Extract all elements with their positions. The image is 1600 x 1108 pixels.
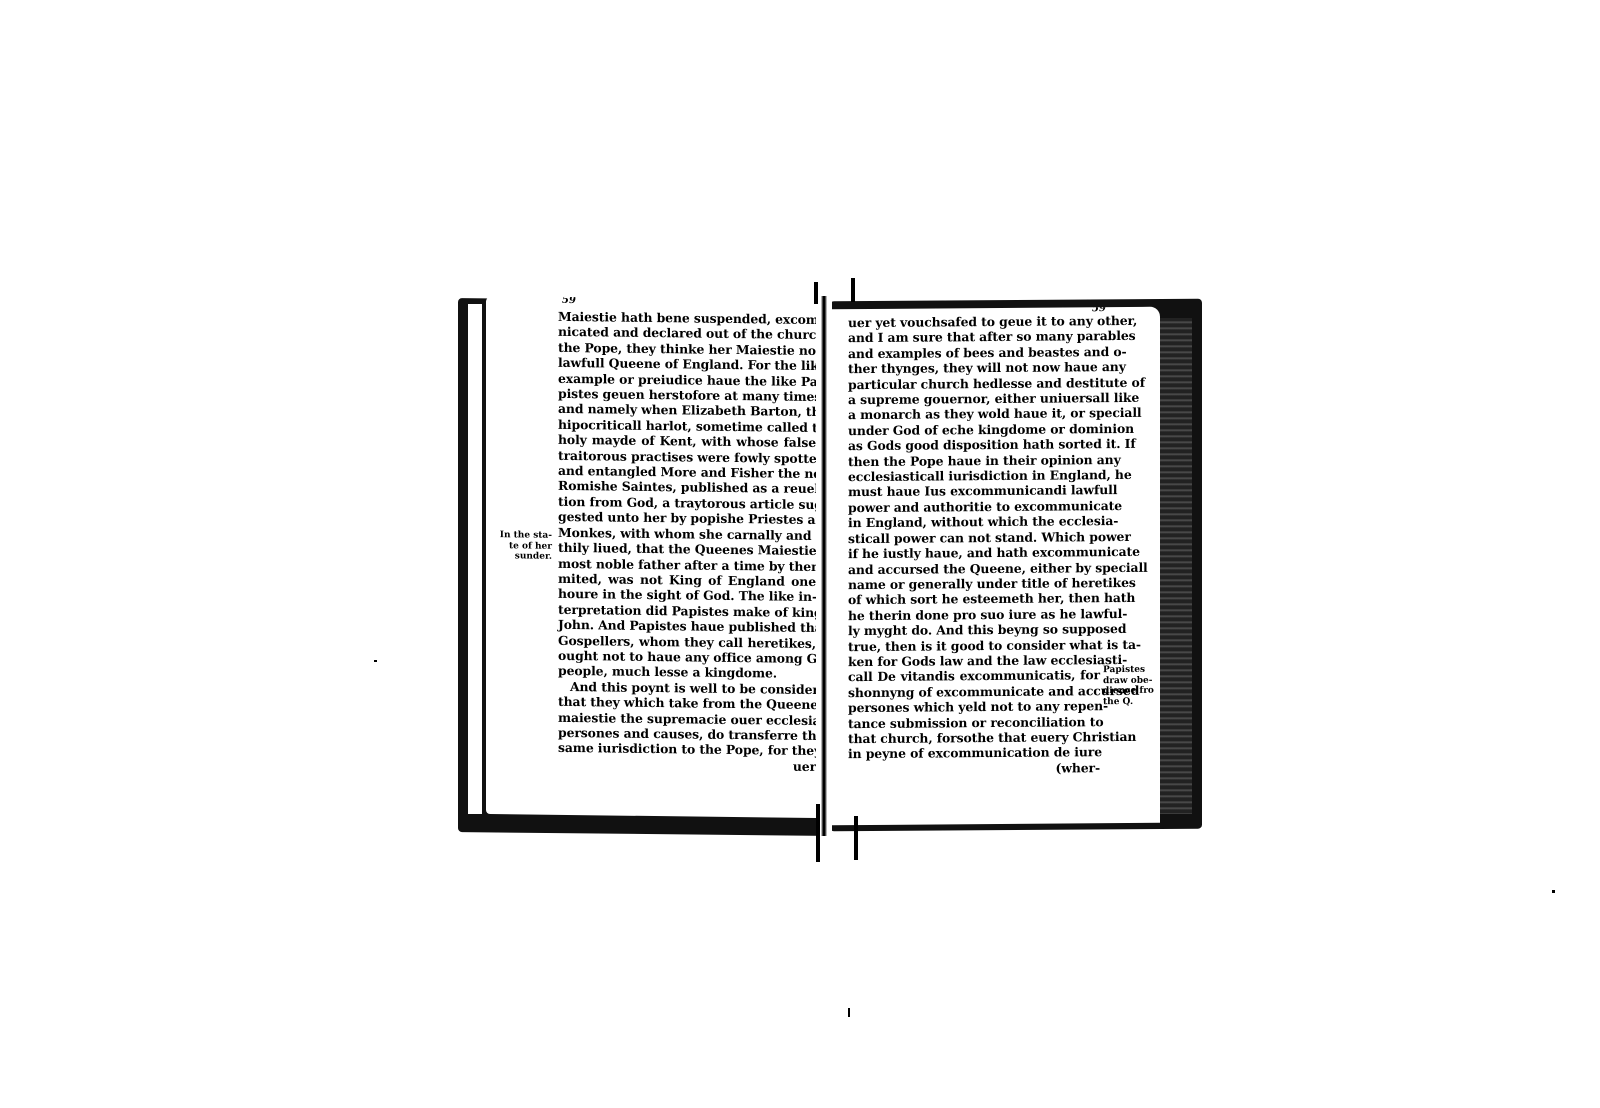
text-line: a monarch as they wold haue it, or speci… — [848, 406, 1100, 423]
text-line: as Gods good disposition hath sorted it.… — [848, 436, 1100, 453]
catchword: uer — [558, 756, 816, 775]
text-line: persones which yeld not to any repen- — [848, 698, 1100, 715]
left-marginal-note: In the sta- te of her sunder. — [486, 530, 552, 562]
text-line: must haue Ius excommunicandi lawfull — [848, 483, 1100, 500]
right-page-body: uer yet vouchsafed to geue it to any oth… — [848, 313, 1100, 777]
scan-speck — [374, 660, 377, 662]
text-line: in peyne of excommunication de iure — [848, 745, 1100, 762]
text-line: ly myght do. And this beyng so supposed — [848, 621, 1100, 638]
binding-clip-bottom-right — [854, 816, 858, 860]
right-marginal-note: Papistes draw obe- dience fro the Q. — [1103, 665, 1160, 707]
left-page-folio: 59 — [562, 296, 576, 306]
text-line: same iurisdiction to the Pope, for they … — [558, 740, 816, 759]
marginal-line: Papistes — [1103, 665, 1160, 676]
left-page-body: Maiestie hath bene suspended, excommu- n… — [558, 309, 816, 774]
binding-clip-top-right — [851, 278, 855, 302]
text-line: in England, without which the ecclesia- — [848, 513, 1100, 530]
binding-clip-top-left — [814, 282, 818, 304]
text-line: and I am sure that after so many parable… — [848, 329, 1100, 346]
book-spread: 59 In the sta- te of her sunder. Maiesti… — [458, 296, 1204, 836]
text-line: call De vitandis excommunicatis, for — [848, 668, 1100, 685]
left-page: 59 In the sta- te of her sunder. Maiesti… — [486, 296, 816, 818]
scan-speck — [1552, 890, 1555, 893]
marginal-line: dience fro — [1103, 686, 1160, 697]
catchword: (wher- — [848, 760, 1100, 777]
text-line: ther thynges, they will not now haue any — [848, 359, 1100, 376]
marginal-line: In the sta- — [486, 530, 552, 541]
marginal-line: the Q. — [1103, 696, 1160, 707]
text-line: and accursed the Queene, either by speci… — [848, 560, 1100, 577]
right-page: 59 uer yet vouchsafed to geue it to any … — [830, 307, 1160, 826]
text-line: of which sort he esteemeth her, then hat… — [848, 590, 1100, 607]
marginal-line: te of her — [486, 540, 552, 551]
book-gutter — [816, 296, 832, 836]
text-line: if he iustly haue, and hath excommunicat… — [848, 544, 1100, 561]
page-edges-left — [468, 304, 488, 814]
scan-speck — [848, 1008, 850, 1017]
marginal-line: draw obe- — [1103, 675, 1160, 686]
binding-clip-bottom-left — [816, 804, 820, 862]
marginal-line: sunder. — [486, 551, 552, 562]
